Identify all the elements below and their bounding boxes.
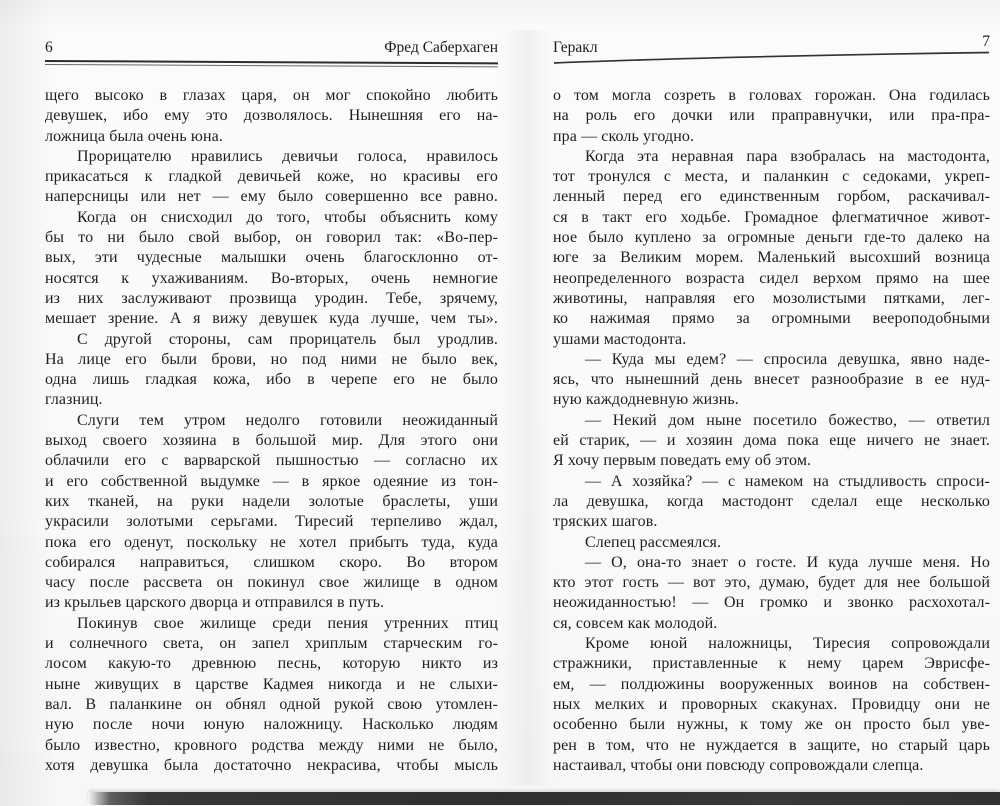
text-line: ей старик, — и хозяин дома пока еще ниче… [553,431,990,451]
text-line: облачили его с варварской пышностью — со… [45,451,498,471]
text-line: ных мелких и проворных скакунах. Провидц… [553,695,990,715]
text-line: ложница была очень юна. [45,127,498,147]
text-line: из крыльев царского дворца и отправился … [45,593,498,613]
text-line: Кроме юной наложницы, Тиресия сопровожда… [553,634,990,654]
book-scan: 6 Фред Саберхаген щего высоко в глазах ц… [0,0,1000,806]
text-line: вых, эти чудесные малышки очень благоскл… [45,248,498,268]
text-line: ко нажимая прямо за огромными веероподоб… [553,309,990,329]
text-line: ленный перед его единственным горбом, ра… [553,187,990,207]
page-gutter-shadow [498,30,554,786]
text-line: ся, совсем как молодой. [553,614,990,634]
text-line: выход своего хозяина в большой мир. Для … [45,431,498,451]
left-text-column: щего высоко в глазах царя, он мог спокой… [45,86,498,776]
text-line: особенно были нужны, к тому же он просто… [553,715,990,735]
text-line: неожиданностью! — Он громко и звонко рас… [553,593,990,613]
text-line: щего высоко в глазах царя, он мог спокой… [45,86,498,106]
left-header-rule-thin [45,64,498,67]
text-line: тряских шагов. [553,512,990,532]
text-line: неопределенного возраста сидел верхом пр… [553,269,990,289]
text-line: — О, она-то знает о госте. И куда лучше … [553,553,990,573]
text-line: вал. В паланкине он обнял одной рукой св… [45,695,498,715]
text-line: мешает зрение. А я вижу девушек куда луч… [45,309,498,329]
text-line: Когда эта неравная пара взобралась на ма… [553,147,990,167]
text-line: было известно, кровного родства между ни… [45,736,498,756]
text-line: ясь, что нынешний день внесет разнообраз… [553,370,990,390]
text-line: стражники, приставленные к нему царем Эв… [553,654,990,674]
text-line: ла девушка, когда мастодонт сделал еще н… [553,492,990,512]
text-line: На лице его были брови, но под ними не б… [45,350,498,370]
text-line: и солнечного света, он запел хриплым ста… [45,634,498,654]
text-line: Прорицателю нравились девичьи голоса, нр… [45,147,498,167]
text-line: ную каждодневную жизнь. [553,390,990,410]
text-line: пра — сколь угодно. [553,127,990,147]
text-line: хотя девушка была достаточно некрасива, … [45,756,498,776]
left-running-head: 6 Фред Саберхаген [45,38,498,58]
text-line: настаивал, чтобы они повсюду сопровождал… [553,756,990,776]
text-line: С другой стороны, сам прорицатель был ур… [45,330,498,350]
left-running-head-title: Фред Саберхаген [384,38,498,58]
text-line: глазниц. [45,390,498,410]
text-line: о том могла созреть в головах горожан. О… [553,86,990,106]
text-line: животины, направляя его мозолистыми пятк… [553,289,990,309]
text-line: ное было куплено за огромные деньги где-… [553,228,990,248]
text-line: Я хочу первым поведать ему об этом. [553,451,990,471]
left-page-number: 6 [45,38,53,58]
left-header-rule [45,60,498,67]
text-line: Когда он снисходил до того, чтобы объясн… [45,208,498,228]
text-line: одна лишь гладкая кожа, ибо в черепе его… [45,370,498,390]
text-line: Слепец рассмеялся. [553,533,990,553]
text-line: тот тронулся с места, и паланкин с седок… [553,167,990,187]
text-line: Покинув свое жилище среди пения утренних… [45,614,498,634]
right-text-column: о том могла созреть в головах горожан. О… [553,86,990,776]
text-line: — А хозяйка? — с намеком на стыдливость … [553,472,990,492]
text-line: бы то ни было свой выбор, он говорил так… [45,228,498,248]
text-line: и его собственной выдумке — в яркое одея… [45,472,498,492]
text-line: прикасаться к гладкой девичьей коже, но … [45,167,498,187]
text-line: украсили золотыми серьгами. Тиресий терп… [45,512,498,532]
text-line: наперсницы или нет — ему было совершенно… [45,187,498,207]
text-line: юге за Великим морем. Маленький высохший… [553,248,990,268]
right-header-rule [553,50,990,66]
text-line: кто этот гость — вот это, думаю, будет д… [553,573,990,593]
text-line: ся в такт его ходьбе. Громадное флегмати… [553,208,990,228]
text-line: ную после ночи юную наложницу. Насколько… [45,715,498,735]
text-line: — Некий дом ныне посетило божество, — от… [553,411,990,431]
text-line: — Куда мы едем? — спросила девушка, явно… [553,350,990,370]
text-line: ушами мастодонта. [553,330,990,350]
text-line: ем, — полдюжины вооруженных воинов на со… [553,675,990,695]
text-line: из них заслуживают прозвища уродин. Тебе… [45,289,498,309]
text-line: девушек, ибо ему это дозволялось. Нынешн… [45,106,498,126]
text-line: рен в том, что не нуждается в защите, но… [553,736,990,756]
text-line: пока его оденут, поскольку не хотел приб… [45,533,498,553]
text-line: носятся к ухаживаниям. Во-вторых, очень … [45,269,498,289]
text-line: собирался направиться, слишком скоро. Во… [45,553,498,573]
text-line: на роль его дочки или праправнучки, или … [553,106,990,126]
right-page-number: 7 [982,32,990,52]
text-line: Слуги тем утром недолго готовили неожида… [45,411,498,431]
text-line: часу после рассвета он покинул свое жили… [45,573,498,593]
text-line: ких тканей, на руки надели золотые брасл… [45,492,498,512]
text-line: ныне живущих в царстве Кадмея никогда и … [45,675,498,695]
text-line: лосом какую-то древнюю песнь, которую ни… [45,654,498,674]
book-bottom-edge [88,792,1000,805]
